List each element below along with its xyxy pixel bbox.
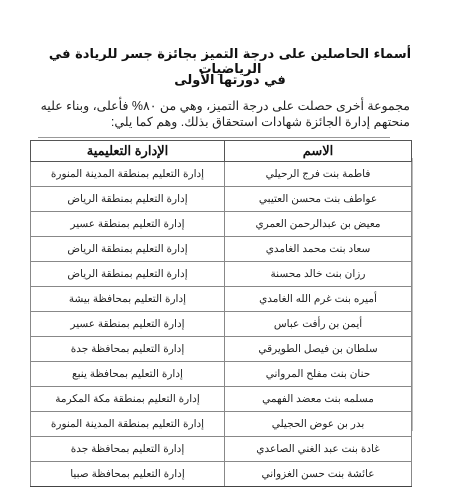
table-row: بدر بن عوض الحجيليإدارة التعليم بمنطقة ا… [31, 412, 412, 437]
department-cell: إدارة التعليم بمحافظة جدة [31, 337, 225, 362]
name-cell: غادة بنت عبد الغني الصاعدي [225, 437, 412, 462]
name-cell: بدر بن عوض الحجيلي [225, 412, 412, 437]
name-cell: معيض بن عبدالرحمن العمري [225, 212, 412, 237]
department-cell: إدارة التعليم بمنطقة المدينة المنورة [31, 162, 225, 187]
department-cell: إدارة التعليم بمنطقة الرياض [31, 237, 225, 262]
header-name: الاسم [225, 141, 412, 162]
table-row: معيض بن عبدالرحمن العمريإدارة التعليم بم… [31, 212, 412, 237]
table-row: أيمن بن رأفت عباسإدارة التعليم بمنطقة عس… [31, 312, 412, 337]
name-cell: أميره بنت غرم الله الغامدي [225, 287, 412, 312]
department-cell: إدارة التعليم بمنطقة الرياض [31, 262, 225, 287]
header-department: الإدارة التعليمية [31, 141, 225, 162]
honorees-table: الاسم الإدارة التعليمية فاطمة بنت فرج ال… [30, 140, 412, 487]
table-row: عواطف بنت محسن العتيبيإدارة التعليم بمنط… [31, 187, 412, 212]
name-cell: عائشة بنت حسن الغزواني [225, 462, 412, 487]
table-row: سلطان بن فيصل الطويرقيإدارة التعليم بمحا… [31, 337, 412, 362]
table-edge-shadow [412, 158, 416, 431]
intro-paragraph: مجموعة أخرى حصلت على درجة التميز، وهي من… [40, 98, 410, 130]
table-row: فاطمة بنت فرج الرحيليإدارة التعليم بمنطق… [31, 162, 412, 187]
name-cell: رزان بنت خالد محسنة [225, 262, 412, 287]
table-row: سعاد بنت محمد الغامديإدارة التعليم بمنطق… [31, 237, 412, 262]
department-cell: إدارة التعليم بمحافظة جدة [31, 437, 225, 462]
table-row: مسلمه بنت معضد الفهميإدارة التعليم بمنطق… [31, 387, 412, 412]
table-row: غادة بنت عبد الغني الصاعديإدارة التعليم … [31, 437, 412, 462]
department-cell: إدارة التعليم بمنطقة مكة المكرمة [31, 387, 225, 412]
table-header-row: الاسم الإدارة التعليمية [31, 141, 412, 162]
department-cell: إدارة التعليم بمحافظة بيشة [31, 287, 225, 312]
divider [38, 137, 390, 138]
department-cell: إدارة التعليم بمنطقة عسير [31, 312, 225, 337]
department-cell: إدارة التعليم بمحافظة صبيا [31, 462, 225, 487]
name-cell: مسلمه بنت معضد الفهمي [225, 387, 412, 412]
table-row: عائشة بنت حسن الغزوانيإدارة التعليم بمحا… [31, 462, 412, 487]
table-row: رزان بنت خالد محسنةإدارة التعليم بمنطقة … [31, 262, 412, 287]
name-cell: سعاد بنت محمد الغامدي [225, 237, 412, 262]
table-row: حنان بنت مفلح المروانيإدارة التعليم بمحا… [31, 362, 412, 387]
department-cell: إدارة التعليم بمحافظة ينبع [31, 362, 225, 387]
document-subtitle: في دورتها الأولى [30, 73, 430, 88]
name-cell: سلطان بن فيصل الطويرقي [225, 337, 412, 362]
department-cell: إدارة التعليم بمنطقة المدينة المنورة [31, 412, 225, 437]
name-cell: فاطمة بنت فرج الرحيلي [225, 162, 412, 187]
name-cell: حنان بنت مفلح المرواني [225, 362, 412, 387]
name-cell: عواطف بنت محسن العتيبي [225, 187, 412, 212]
name-cell: أيمن بن رأفت عباس [225, 312, 412, 337]
department-cell: إدارة التعليم بمنطقة عسير [31, 212, 225, 237]
table-row: أميره بنت غرم الله الغامديإدارة التعليم … [31, 287, 412, 312]
department-cell: إدارة التعليم بمنطقة الرياض [31, 187, 225, 212]
